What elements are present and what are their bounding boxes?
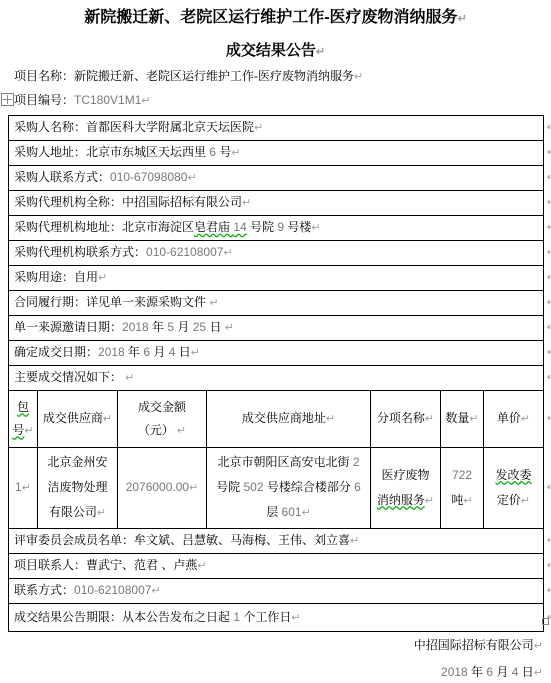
text-segment: 皂君庙 (194, 220, 233, 234)
text-segment: 日 (518, 665, 533, 679)
text-segment: 分项名称 (377, 411, 425, 425)
summary-intro-row: ↵主要成交情况如下： ↵ (9, 366, 544, 391)
cell-item-name: 医疗废物 消纳服务↵ (371, 448, 441, 529)
row-end-mark: ↵ (547, 246, 551, 261)
text-segment: 2018 (122, 320, 149, 334)
result-header-row: 包 号↵ 成交供应商↵ 成交金额 （元） ↵ 成交供应商地址↵ 分项名称↵ 数量… (9, 391, 544, 448)
text-segment: ↵ (174, 425, 186, 437)
text-segment: ↵ (98, 272, 107, 284)
table-move-handle-icon (1, 93, 14, 106)
row-end-mark: ↵ (547, 408, 551, 431)
text-segment: 项目名称：新院搬迁新、老院区运行维护工作-医疗废物消纳服务 (14, 69, 354, 83)
row-end-mark: ↵ (547, 534, 551, 549)
text-segment: ↵ (187, 172, 196, 184)
row-end-mark: ↵ (547, 476, 551, 501)
text-segment: ↵ (458, 13, 467, 25)
text-segment: 2018 (441, 665, 468, 679)
text-segment: ↵ (225, 322, 234, 334)
text-segment: 年 (468, 665, 487, 679)
text-segment: 2018 (98, 345, 125, 359)
text-segment: 采购代理机构地址：北京市海淀区 (14, 220, 194, 234)
text-segment: 2076000.00 (126, 480, 189, 494)
agency-name-row: ↵采购代理机构全称：中招国际招标有限公司↵ (9, 191, 544, 216)
award-date-cell: ↵确定成交日期：2018 年 6 月 4 日↵ (9, 341, 544, 366)
text-segment: ↵ (103, 413, 112, 425)
row-end-mark: ↵ (547, 371, 551, 386)
text-segment: 010-62108007 (146, 245, 223, 259)
cell-supplier-address: 北京市朝阳区高安屯北街 2 号院 502 号楼综合楼部分 6 层 601↵ (207, 448, 371, 529)
text-segment: ↵ (24, 425, 33, 437)
text-segment: 采购人名称：首都医科大学附属北京天坛医院 (14, 120, 254, 134)
text-segment: 层 (266, 505, 281, 519)
row-end-mark: ↵ (547, 146, 551, 161)
text-segment: ↵ (22, 482, 31, 494)
announcement-table: ↵采购人名称：首都医科大学附属北京天坛医院↵ ↵采购人地址：北京市东城区天坛西里… (8, 115, 544, 632)
text-segment: 成交供应商 (43, 411, 103, 425)
purchaser-name-row: ↵采购人名称：首都医科大学附属北京天坛医院↵ (9, 116, 544, 141)
text-segment: ↵ (209, 297, 218, 309)
contact-phone-row: ↵联系方式：010-62108007↵ (9, 579, 544, 604)
purchaser-address-row: ↵采购人地址：北京市东城区天坛西里 6 号↵ (9, 141, 544, 166)
document-title: 新院搬迁新、老院区运行维护工作-医疗废物消纳服务↵ (0, 0, 551, 29)
text-segment: ↵ (463, 495, 472, 507)
text-segment: 北京市朝阳区高安屯北街 (217, 455, 352, 469)
text-segment: 单一来源邀请日期： (14, 320, 122, 334)
purpose-cell: ↵采购用途：自用↵ (9, 266, 544, 291)
text-segment: TC180V1M1 (74, 93, 141, 107)
review-committee-cell: ↵评审委员会成员名单：牟文斌、吕慧敏、马海梅、王伟、刘立喜↵ (9, 529, 544, 554)
text-segment: 722 (452, 468, 472, 482)
text-segment: ↵ (350, 535, 359, 547)
header-unit-price: ↵单价↵ (484, 391, 544, 448)
text-segment: 6 (354, 480, 361, 494)
text-segment: 年 (125, 345, 144, 359)
row-end-mark: ↵ (547, 121, 551, 136)
text-segment: ↵ (151, 585, 160, 597)
row-end-mark: ↵ (547, 221, 551, 236)
cell-quantity: 722 吨↵ (441, 448, 484, 529)
agency-address-row: ↵采购代理机构地址：北京市海淀区皂君庙 14 号院 9 号楼↵ (9, 216, 544, 241)
text-segment: ↵ (141, 95, 150, 107)
text-segment: 号院 (216, 480, 243, 494)
text-segment: 吨 (451, 493, 463, 507)
text-segment: 采购代理机构全称：中招国际招标有限公司 (14, 195, 242, 209)
invitation-date-cell: ↵单一来源邀请日期：2018 年 5 月 25 日 ↵ (9, 316, 544, 341)
text-segment: 号院 (247, 220, 278, 234)
summary-intro-cell: ↵主要成交情况如下： ↵ (9, 366, 544, 391)
text-segment: 中招国际招标有限公司 (414, 638, 534, 652)
header-amount: 成交金额 （元） ↵ (118, 391, 207, 448)
text-segment: 010-62108007 (74, 583, 151, 597)
text-segment: ↵ (291, 612, 300, 624)
text-segment: ↵ (326, 413, 335, 425)
row-end-mark: ↵ (547, 196, 551, 211)
project-contact-cell: ↵项目联系人：曹武宁、范君 、卢燕↵ (9, 554, 544, 579)
text-segment: ↵ (231, 147, 240, 159)
text-segment: 14 (233, 220, 246, 234)
document-subtitle: 成交结果公告↵ (0, 42, 551, 61)
text-segment: ↵ (189, 482, 198, 494)
text-segment: ↵ (521, 495, 530, 507)
end-of-table-square-icon (542, 618, 549, 625)
project-name-line: 项目名称：新院搬迁新、老院区运行维护工作-医疗废物消纳服务↵ (14, 69, 551, 85)
review-committee-row: ↵评审委员会成员名单：牟文斌、吕慧敏、马海梅、王伟、刘立喜↵ (9, 529, 544, 554)
project-number-line: 项目编号：TC180V1M1↵ (14, 93, 551, 109)
announcement-period-cell: ↵成交结果公告期限：从本公告发布之日起 1 个工作日↵ (9, 604, 544, 632)
text-segment: 1 (15, 480, 22, 494)
text-segment: 年 (149, 320, 168, 334)
text-segment: 确定成交日期： (14, 345, 98, 359)
text-segment: 单价 (497, 411, 521, 425)
header-supplier: 成交供应商↵ (38, 391, 118, 448)
text-segment: 合同履行期：详见单一来源采购文件 (14, 295, 209, 309)
text-segment: 日 (206, 320, 225, 334)
text-segment: 定价 (497, 493, 521, 507)
header-item-name: 分项名称↵ (371, 391, 441, 448)
text-segment: 数量 (445, 411, 469, 425)
row-end-mark: ↵ (547, 559, 551, 574)
text-segment: ↵ (223, 247, 232, 259)
text-segment: ↵ (302, 507, 311, 519)
agency-name-cell: ↵采购代理机构全称：中招国际招标有限公司↵ (9, 191, 544, 216)
text-segment: ↵ (354, 71, 363, 83)
text-segment: ↵ (254, 122, 263, 134)
text-segment: ↵ (316, 46, 325, 58)
text-segment: ↵ (191, 347, 200, 359)
agency-signature: 中招国际招标有限公司↵ (0, 638, 545, 654)
text-segment: 号楼综合楼部分 (264, 480, 355, 494)
row-end-mark: ↵ (547, 584, 551, 599)
contact-phone-cell: ↵联系方式：010-62108007↵ (9, 579, 544, 604)
text-segment: 号楼 (284, 220, 311, 234)
text-segment: 010-67098080 (110, 170, 187, 184)
purchaser-phone-cell: ↵采购人联系方式：010-67098080↵ (9, 166, 544, 191)
text-segment: 成交结果公告期限：从本公告发布之日起 (14, 610, 233, 624)
text-segment: ↵ (97, 507, 106, 519)
text-segment: ↵ (425, 413, 434, 425)
text-segment: 项目联系人：曹武宁、范君 、卢燕 (14, 558, 197, 572)
header-package-no: 包 号↵ (9, 391, 38, 448)
row-end-mark: ↵ (547, 296, 551, 311)
purchaser-phone-row: ↵采购人联系方式：010-67098080↵ (9, 166, 544, 191)
text-segment: 2 (353, 455, 360, 469)
contract-period-row: ↵合同履行期：详见单一来源采购文件 ↵ (9, 291, 544, 316)
text-segment: 个工作日 (240, 610, 291, 624)
text-segment: 月 (150, 345, 169, 359)
text-segment: ↵ (425, 495, 434, 507)
text-segment: 25 (193, 320, 206, 334)
contract-period-cell: ↵合同履行期：详见单一来源采购文件 ↵ (9, 291, 544, 316)
cell-amount: 2076000.00↵ (118, 448, 207, 529)
agency-phone-cell: ↵采购代理机构联系方式：010-62108007↵ (9, 241, 544, 266)
row-end-mark: ↵ (547, 171, 551, 186)
text-segment: 采购代理机构联系方式： (14, 245, 146, 259)
document: 新院搬迁新、老院区运行维护工作-医疗废物消纳服务↵ 成交结果公告↵ 项目名称：新… (0, 0, 551, 681)
text-segment: 502 (243, 480, 263, 494)
text-segment: 联系方式： (14, 583, 74, 597)
row-end-mark: ↵ (547, 346, 551, 361)
award-date-row: ↵确定成交日期：2018 年 6 月 4 日↵ (9, 341, 544, 366)
text-segment: ↵ (469, 413, 478, 425)
text-segment: 号 (216, 145, 231, 159)
cell-supplier: 北京金州安 洁废物处理 有限公司↵ (38, 448, 118, 529)
text-segment: 主要成交情况如下： (14, 370, 122, 384)
text-segment: 新院搬迁新、老院区运行维护工作-医疗废物消纳服务 (84, 9, 457, 26)
header-quantity: 数量↵ (441, 391, 484, 448)
text-segment: ↵ (534, 640, 543, 652)
text-segment: 成交结果公告 (226, 42, 316, 59)
text-segment: ↵ (197, 560, 206, 572)
text-segment: 消纳服务 (377, 493, 425, 507)
announcement-period-row: ↵成交结果公告期限：从本公告发布之日起 1 个工作日↵ (9, 604, 544, 632)
purchaser-address-cell: ↵采购人地址：北京市东城区天坛西里 6 号↵ (9, 141, 544, 166)
text-segment: 成交供应商地址 (242, 411, 326, 425)
result-data-row: 1↵ 北京金州安 洁废物处理 有限公司↵ 2076000.00↵ 北京市朝阳区高… (9, 448, 544, 529)
agency-phone-row: ↵采购代理机构联系方式：010-62108007↵ (9, 241, 544, 266)
text-segment: ↵ (534, 667, 543, 679)
text-segment: ↵ (311, 222, 320, 234)
text-segment: ↵ (242, 197, 251, 209)
text-segment: 601 (282, 505, 302, 519)
text-segment: 发改委 (496, 468, 532, 482)
cell-package-no: 1↵ (9, 448, 38, 529)
text-segment: 月 (493, 665, 512, 679)
text-segment: ↵ (521, 413, 530, 425)
text-segment: 月 (174, 320, 193, 334)
text-segment: 日 (175, 345, 190, 359)
invitation-date-row: ↵单一来源邀请日期：2018 年 5 月 25 日 ↵ (9, 316, 544, 341)
purpose-row: ↵采购用途：自用↵ (9, 266, 544, 291)
signature-date: 2018 年 6 月 4 日↵ (0, 665, 551, 681)
text-segment: 采购人地址：北京市东城区天坛西里 (14, 145, 209, 159)
cell-unit-price: ↵发改委 定价↵ (484, 448, 544, 529)
header-supplier-address: 成交供应商地址↵ (207, 391, 371, 448)
text-segment: ↵ (122, 372, 134, 384)
text-segment: 采购人联系方式： (14, 170, 110, 184)
purchaser-name-cell: ↵采购人名称：首都医科大学附属北京天坛医院↵ (9, 116, 544, 141)
row-end-mark: ↵ (547, 321, 551, 336)
project-contact-row: ↵项目联系人：曹武宁、范君 、卢燕↵ (9, 554, 544, 579)
text-segment: 评审委员会成员名单：牟文斌、吕慧敏、马海梅、王伟、刘立喜 (14, 533, 350, 547)
text-segment: 采购用途：自用 (14, 270, 98, 284)
text-segment: 医疗废物 (381, 468, 429, 482)
row-end-mark: ↵ (547, 271, 551, 286)
agency-address-cell: ↵采购代理机构地址：北京市海淀区皂君庙 14 号院 9 号楼↵ (9, 216, 544, 241)
text-segment: 项目编号： (14, 93, 74, 107)
